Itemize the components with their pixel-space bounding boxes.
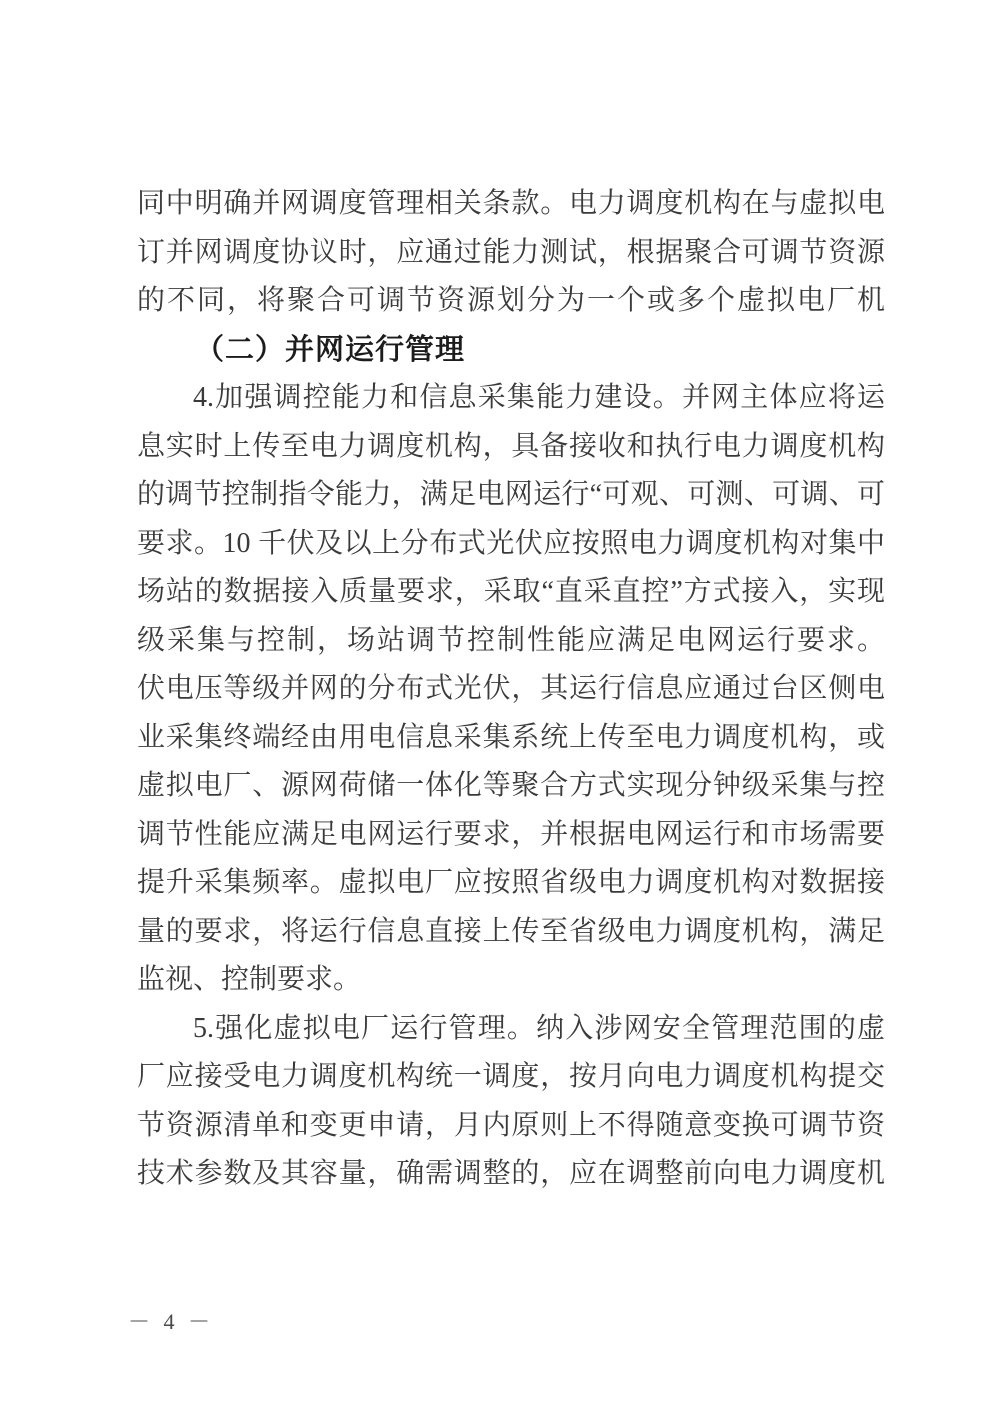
text-line: 量的要求，将运行信息直接上传至省级电力调度机构，满足采集、 xyxy=(137,908,885,957)
paragraph-item-5: 5.强化虚拟电厂运行管理。纳入涉网安全管理范围的虚拟电 厂应接受电力调度机构统一… xyxy=(137,1005,885,1199)
text-line: 提升采集频率。虚拟电厂应按照省级电力调度机构对数据接入质 xyxy=(137,859,885,908)
text-line: 的调节控制指令能力，满足电网运行“可观、可测、可调、可控” xyxy=(137,471,885,520)
document-page: 同中明确并网调度管理相关条款。电力调度机构在与虚拟电厂签 订并网调度协议时，应通… xyxy=(0,0,1000,1414)
text-line: 订并网调度协议时，应通过能力测试，根据聚合可调节资源类型 xyxy=(137,229,885,278)
text-line: 要求。10 千伏及以上分布式光伏应按照电力调度机构对集中式 xyxy=(137,520,885,569)
text-line: 同中明确并网调度管理相关条款。电力调度机构在与虚拟电厂签 xyxy=(137,180,885,229)
text-line: 业采集终端经由用电信息采集系统上传至电力调度机构，或通过 xyxy=(137,714,885,763)
text-line: 息实时上传至电力调度机构，具备接收和执行电力调度机构下发 xyxy=(137,423,885,472)
text-line: 4.加强调控能力和信息采集能力建设。并网主体应将运行信 xyxy=(137,374,885,423)
section-heading: （二）并网运行管理 xyxy=(137,326,885,375)
text-line: 场站的数据接入质量要求，采取“直采直控”方式接入，实现秒 xyxy=(137,568,885,617)
text-line: 监视、控制要求。 xyxy=(137,956,885,1005)
text-line: 5.强化虚拟电厂运行管理。纳入涉网安全管理范围的虚拟电 xyxy=(137,1005,885,1054)
text-line: 节资源清单和变更申请，月内原则上不得随意变换可调节资源、 xyxy=(137,1102,885,1151)
paragraph-item-4: 4.加强调控能力和信息采集能力建设。并网主体应将运行信 息实时上传至电力调度机构… xyxy=(137,374,885,1005)
text-line: 虚拟电厂、源网荷储一体化等聚合方式实现分钟级采集与控制， xyxy=(137,762,885,811)
paragraph-continuation: 同中明确并网调度管理相关条款。电力调度机构在与虚拟电厂签 订并网调度协议时，应通… xyxy=(137,180,885,326)
text-line: 厂应接受电力调度机构统一调度，按月向电力调度机构提交可调 xyxy=(137,1053,885,1102)
text-line: 调节性能应满足电网运行要求，并根据电网运行和市场需要逐步 xyxy=(137,811,885,860)
text-line: 技术参数及其容量，确需调整的，应在调整前向电力调度机构提 xyxy=(137,1150,885,1199)
text-line: 伏电压等级并网的分布式光伏，其运行信息应通过台区侧电网企 xyxy=(137,665,885,714)
page-number: － 4 － xyxy=(128,1305,214,1336)
text-line: 级采集与控制，场站调节控制性能应满足电网运行要求。380/220 xyxy=(137,617,885,666)
document-body: 同中明确并网调度管理相关条款。电力调度机构在与虚拟电厂签 订并网调度协议时，应通… xyxy=(137,180,885,1199)
text-line: 的不同，将聚合可调节资源划分为一个或多个虚拟电厂机组。 xyxy=(137,277,885,326)
